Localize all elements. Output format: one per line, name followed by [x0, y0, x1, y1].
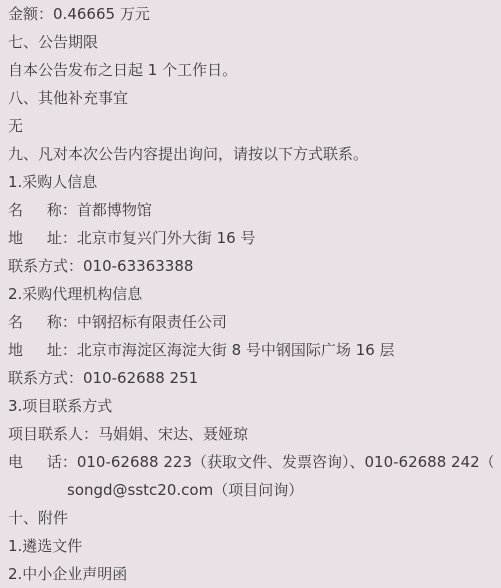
purchaser-address-line: 地 址：北京市复兴门外大街 16 号	[8, 224, 493, 252]
announcement-document: 金额：0.46665 万元 七、公告期限 自本公告发布之日起 1 个工作日。 八…	[0, 0, 501, 588]
purchaser-contact-label: 联系方式：	[8, 257, 83, 275]
purchaser-address-label: 地 址：	[8, 229, 77, 247]
agency-address-value: 北京市海淀区海淀大街 8 号中钢国际广场 16 层	[77, 341, 395, 359]
project-contact-persons-value: 马娟娟、宋达、聂娅琼	[98, 425, 248, 443]
project-contact-title: 3.项目联系方式	[8, 392, 493, 420]
section-inquiry-heading: 九、凡对本次公告内容提出询问，请按以下方式联系。	[8, 140, 493, 168]
project-contact-phone-value: 010-62688 223（获取文件、发票咨询）、010-62688 242（项…	[77, 453, 493, 471]
section-supplementary-heading: 八、其他补充事宜	[8, 84, 493, 112]
agency-name-value: 中钢招标有限责任公司	[77, 313, 227, 331]
purchaser-address-value: 北京市复兴门外大街 16 号	[77, 229, 256, 247]
agency-contact-label: 联系方式：	[8, 369, 83, 387]
project-contact-persons-label: 项目联系人：	[8, 425, 98, 443]
agency-contact-line: 联系方式：010-62688 251	[8, 364, 493, 392]
amount-value: 0.46665 万元	[53, 5, 150, 23]
agency-address-line: 地 址：北京市海淀区海淀大街 8 号中钢国际广场 16 层	[8, 336, 493, 364]
purchaser-contact-value: 010-63363388	[83, 257, 193, 275]
agency-name-label: 名 称：	[8, 313, 77, 331]
attachment-item-1: 1.遴选文件	[8, 532, 493, 560]
purchaser-name-line: 名 称：首都博物馆	[8, 196, 493, 224]
purchaser-name-label: 名 称：	[8, 201, 77, 219]
attachments-heading: 十、附件	[8, 504, 493, 532]
agency-address-label: 地 址：	[8, 341, 77, 359]
project-contact-persons-line: 项目联系人：马娟娟、宋达、聂娅琼	[8, 420, 493, 448]
agency-contact-value: 010-62688 251	[83, 369, 198, 387]
section-supplementary-body: 无	[8, 112, 493, 140]
section-notice-period-heading: 七、公告期限	[8, 28, 493, 56]
agency-title: 2.采购代理机构信息	[8, 280, 493, 308]
project-contact-phone-label: 电 话：	[8, 453, 77, 471]
purchaser-title: 1.采购人信息	[8, 168, 493, 196]
project-contact-phone-line: 电 话：010-62688 223（获取文件、发票咨询）、010-62688 2…	[8, 448, 493, 476]
amount-line: 金额：0.46665 万元	[8, 0, 493, 28]
section-notice-period-body: 自本公告发布之日起 1 个工作日。	[8, 56, 493, 84]
purchaser-name-value: 首都博物馆	[77, 201, 152, 219]
amount-label: 金额：	[8, 5, 53, 23]
purchaser-contact-line: 联系方式：010-63363388	[8, 252, 493, 280]
project-contact-email-line: songd@sstc20.com（项目问询）	[8, 476, 493, 504]
attachment-item-2: 2.中小企业声明函	[8, 560, 493, 588]
agency-name-line: 名 称：中钢招标有限责任公司	[8, 308, 493, 336]
